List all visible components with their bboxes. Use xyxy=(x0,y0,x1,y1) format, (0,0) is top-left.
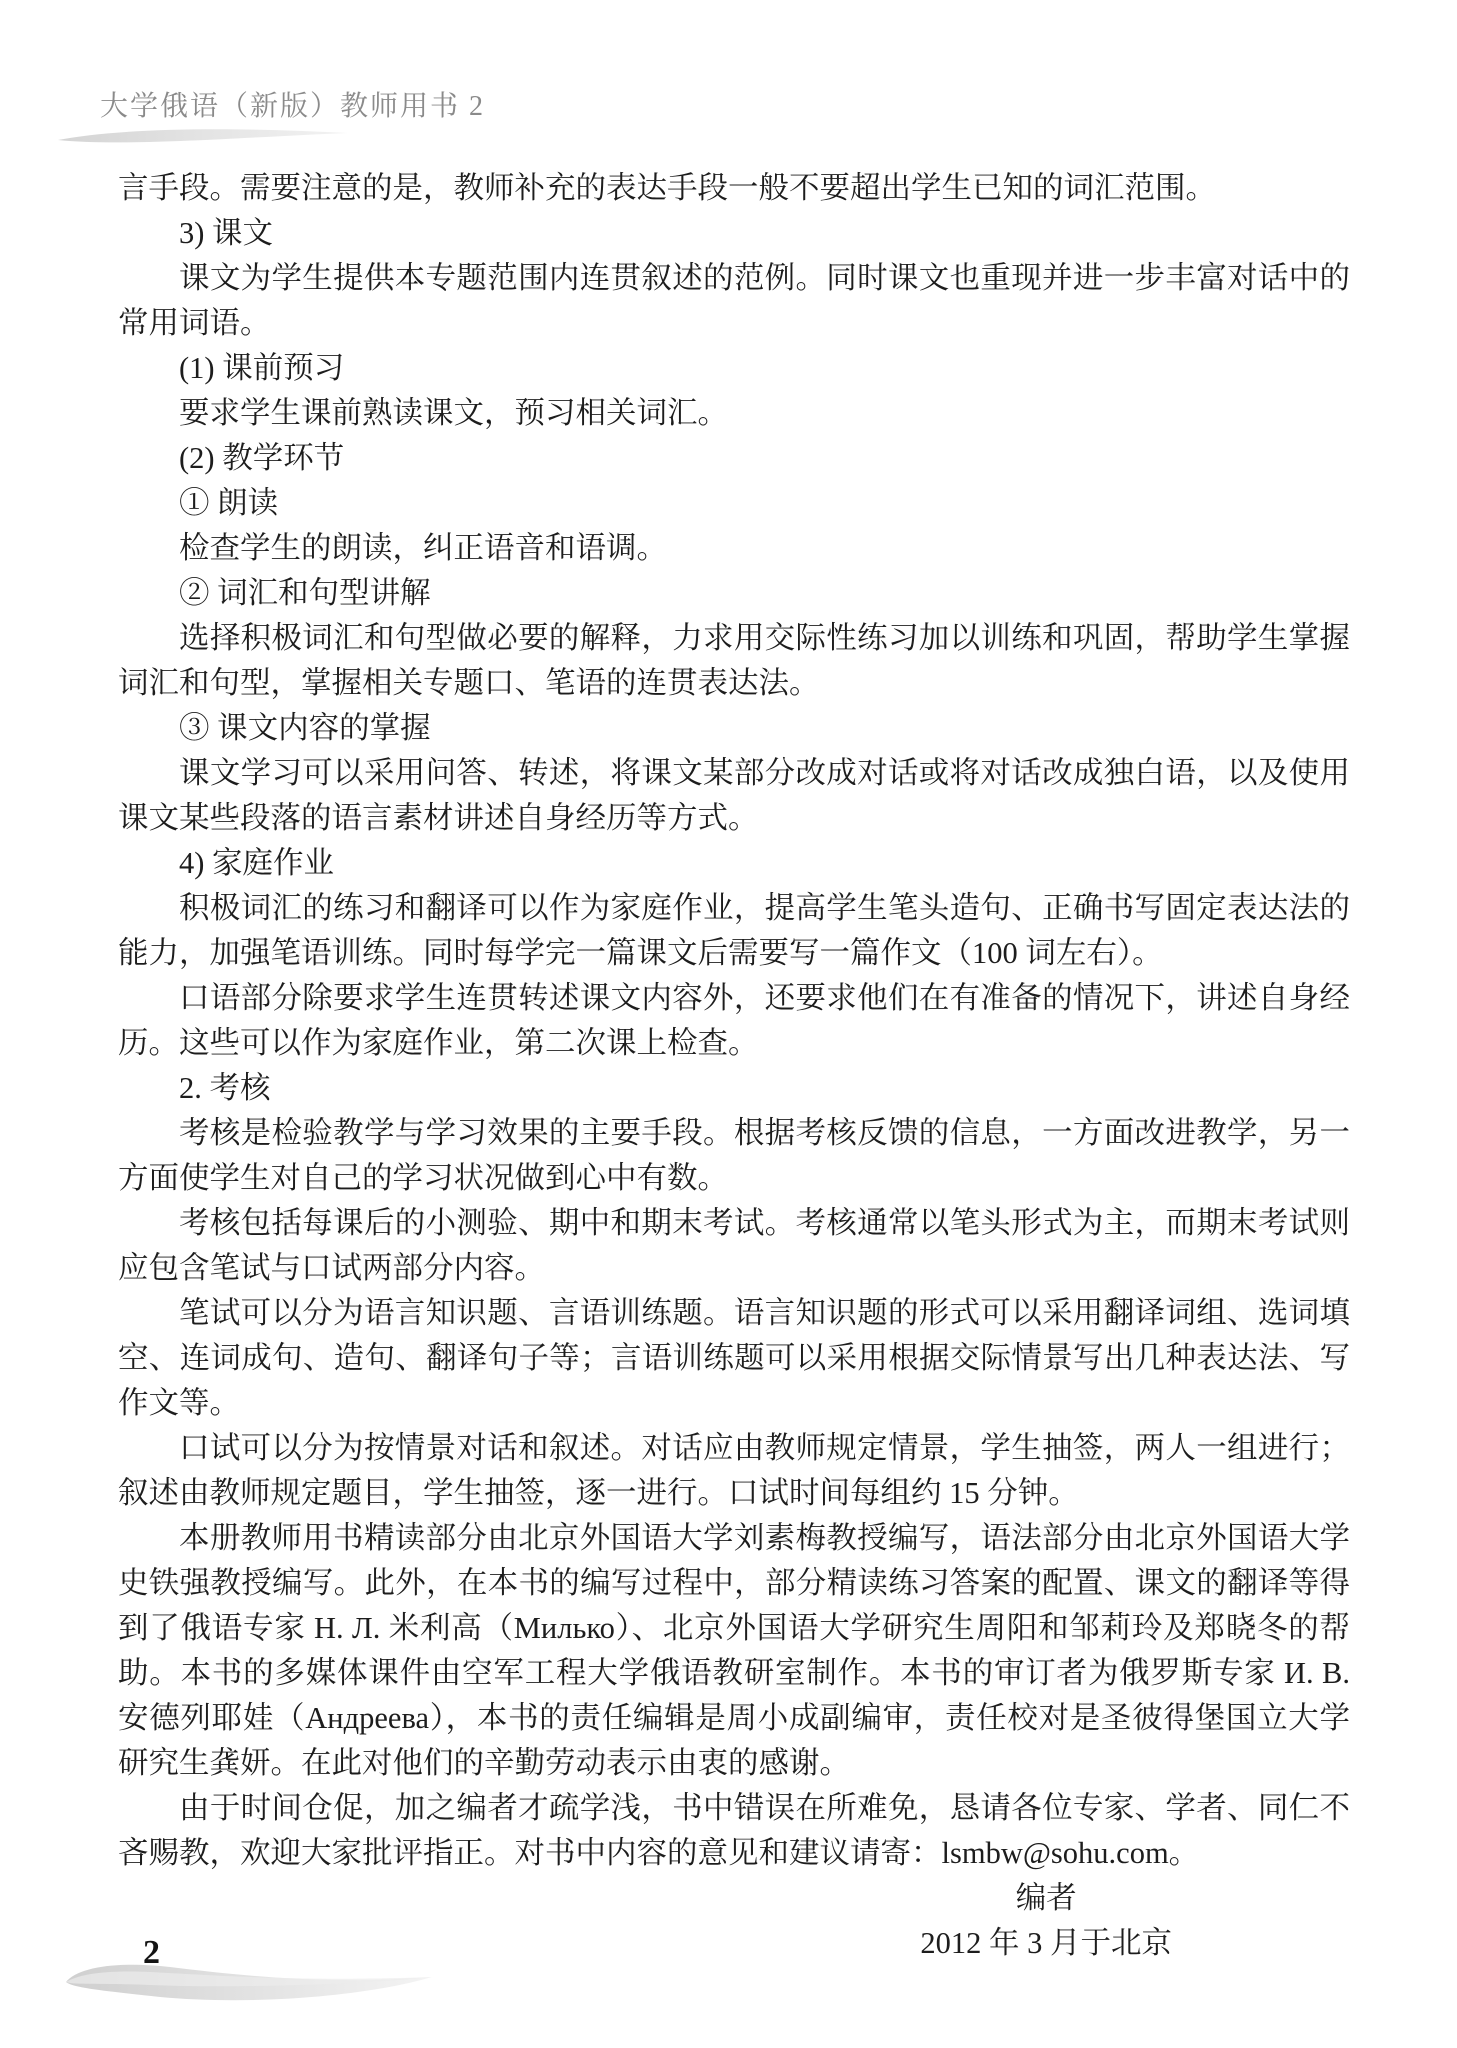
decorative-swoosh-top-icon xyxy=(56,124,356,148)
paragraph: 积极词汇的练习和翻译可以作为家庭作业，提高学生笔头造句、正确书写固定表达法的能力… xyxy=(118,886,1350,976)
signature-block: 编者 2012 年 3 月于北京 xyxy=(920,1876,1172,1966)
paragraph: (1) 课前预习 xyxy=(118,346,1350,391)
decorative-swoosh-bottom-icon xyxy=(60,1958,440,2010)
document-body: 言手段。需要注意的是，教师补充的表达手段一般不要超出学生已知的词汇范围。 3) … xyxy=(118,166,1350,1966)
paragraph: ③ 课文内容的掌握 xyxy=(118,706,1350,751)
paragraph: (2) 教学环节 xyxy=(118,436,1350,481)
paragraph: 本册教师用书精读部分由北京外国语大学刘素梅教授编写，语法部分由北京外国语大学史铁… xyxy=(118,1516,1350,1786)
paragraph: ② 词汇和句型讲解 xyxy=(118,571,1350,616)
paragraph: 笔试可以分为语言知识题、言语训练题。语言知识题的形式可以采用翻译词组、选词填空、… xyxy=(118,1291,1350,1426)
signature-author: 编者 xyxy=(920,1876,1172,1921)
paragraph: 要求学生课前熟读课文，预习相关词汇。 xyxy=(118,391,1350,436)
paragraph: 选择积极词汇和句型做必要的解释，力求用交际性练习加以训练和巩固，帮助学生掌握词汇… xyxy=(118,616,1350,706)
signature-date: 2012 年 3 月于北京 xyxy=(920,1921,1172,1966)
paragraph: 考核是检验教学与学习效果的主要手段。根据考核反馈的信息，一方面改进教学，另一方面… xyxy=(118,1111,1350,1201)
paragraph: 口试可以分为按情景对话和叙述。对话应由教师规定情景，学生抽签，两人一组进行；叙述… xyxy=(118,1426,1350,1516)
paragraph: 2. 考核 xyxy=(118,1066,1350,1111)
paragraph: 检查学生的朗读，纠正语音和语调。 xyxy=(118,526,1350,571)
paragraph: 由于时间仓促，加之编者才疏学浅，书中错误在所难免，恳请各位专家、学者、同仁不吝赐… xyxy=(118,1786,1350,1876)
paragraph: 考核包括每课后的小测验、期中和期末考试。考核通常以笔头形式为主，而期末考试则应包… xyxy=(118,1201,1350,1291)
paragraph: ① 朗读 xyxy=(118,481,1350,526)
running-head-title: 大学俄语（新版）教师用书 2 xyxy=(100,84,485,124)
paragraph: 课文学习可以采用问答、转述，将课文某部分改成对话或将对话改成独白语，以及使用课文… xyxy=(118,751,1350,841)
paragraph: 课文为学生提供本专题范围内连贯叙述的范例。同时课文也重现并进一步丰富对话中的常用… xyxy=(118,256,1350,346)
paragraph: 口语部分除要求学生连贯转述课文内容外，还要求他们在有准备的情况下，讲述自身经历。… xyxy=(118,976,1350,1066)
book-page: 大学俄语（新版）教师用书 2 言手段。需要注意的是，教师补充的表达手段一般不要超… xyxy=(0,0,1457,2048)
paragraph: 4) 家庭作业 xyxy=(118,841,1350,886)
paragraph: 3) 课文 xyxy=(118,211,1350,256)
paragraph: 言手段。需要注意的是，教师补充的表达手段一般不要超出学生已知的词汇范围。 xyxy=(118,166,1350,211)
